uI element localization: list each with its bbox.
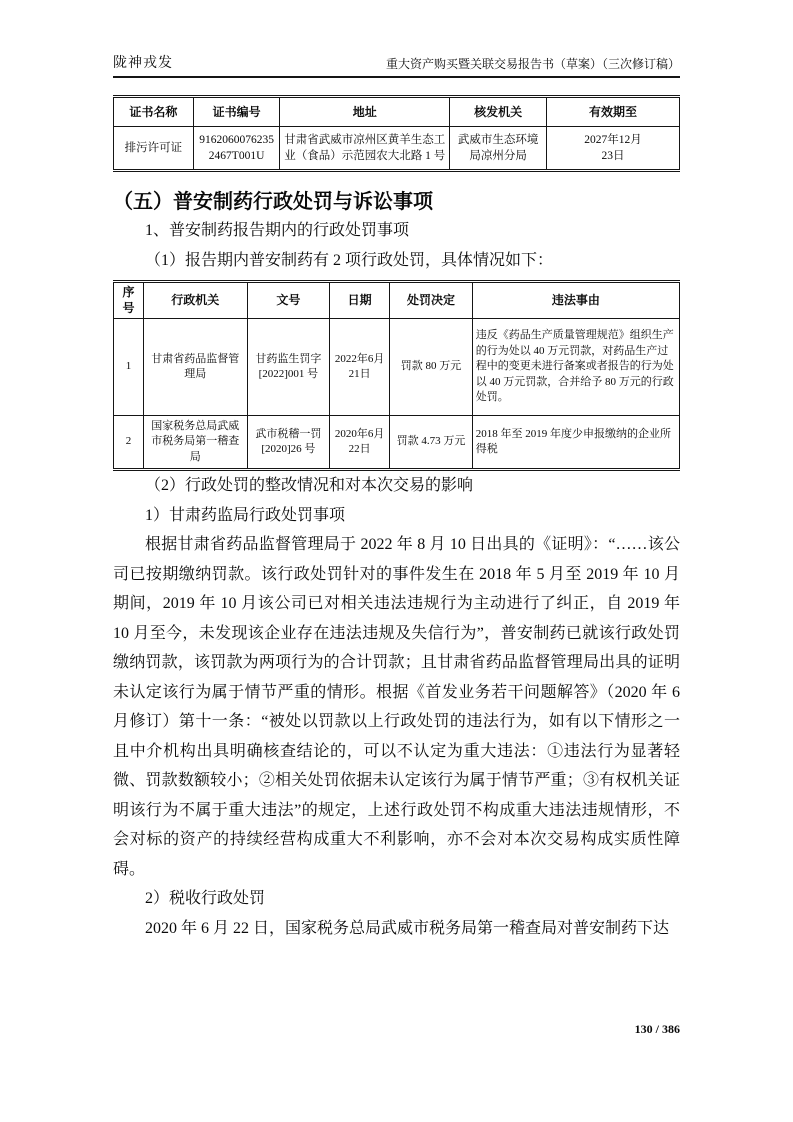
doc-no-cell: 武市税稽一罚 [2020]26 号 [247, 416, 330, 470]
penalty-row-1: 1 甘肃省药品监督管理局 甘药监生罚字 [2022]001 号 2022年6月 … [114, 319, 680, 416]
col-authority-header: 行政机关 [143, 282, 247, 319]
reason-cell: 违反《药品生产质量管理规范》组织生产的行为处以 40 万元罚款，对药品生产过程中… [472, 319, 679, 416]
gansu-nmpa-subheading: 1）甘肃药监局行政处罚事项 [113, 501, 680, 531]
tax-penalty-subheading: 2）税收行政处罚 [113, 884, 680, 914]
penalty-intro: （1）报告期内普安制药有 2 项行政处罚，具体情况如下： [113, 246, 680, 276]
cert-validity-header: 有效期至 [546, 97, 679, 127]
page-header: 陇神戎发 重大资产购买暨关联交易报告书（草案）（三次修订稿） [113, 52, 680, 78]
certificate-row: 排污许可证 9162060076235 2467T001U 甘肃省武威市凉州区黄… [114, 127, 680, 171]
rectification-title: （2）行政处罚的整改情况和对本次交易的影响 [113, 471, 680, 501]
cert-address-header: 地址 [280, 97, 450, 127]
penalty-table-header-row: 序号 行政机关 文号 日期 处罚决定 违法事由 [114, 282, 680, 319]
decision-cell: 罚款 4.73 万元 [390, 416, 473, 470]
cert-authority-cell: 武威市生态环境局凉州分局 [450, 127, 547, 171]
cert-address-cell: 甘肃省武威市凉州区黄羊生态工业（食品）示范园农大北路 1 号 [280, 127, 450, 171]
authority-cell: 国家税务总局武威市税务局第一稽查局 [143, 416, 247, 470]
reason-cell: 2018 年至 2019 年度少申报缴纳的企业所得税 [472, 416, 679, 470]
authority-cell: 甘肃省药品监督管理局 [143, 319, 247, 416]
cert-authority-header: 核发机关 [450, 97, 547, 127]
cert-number-cell: 9162060076235 2467T001U [193, 127, 280, 171]
tax-penalty-paragraph: 2020 年 6 月 22 日，国家税务总局武威市税务局第一稽查局对普安制药下达 [113, 914, 680, 944]
cert-validity-cell: 2027年12月 23日 [546, 127, 679, 171]
col-docno-header: 文号 [247, 282, 330, 319]
cert-name-header: 证书名称 [114, 97, 194, 127]
col-decision-header: 处罚决定 [390, 282, 473, 319]
col-reason-header: 违法事由 [472, 282, 679, 319]
col-date-header: 日期 [330, 282, 390, 319]
decision-cell: 罚款 80 万元 [390, 319, 473, 416]
company-name: 陇神戎发 [113, 52, 173, 72]
document-title: 重大资产购买暨关联交易报告书（草案）（三次修订稿） [386, 55, 680, 72]
gansu-nmpa-paragraph: 根据甘肃省药品监督管理局于 2022 年 8 月 10 日出具的《证明》：“……… [113, 530, 680, 884]
page-number: 130 / 386 [635, 1022, 680, 1037]
document-page: 陇神戎发 重大资产购买暨关联交易报告书（草案）（三次修订稿） 证书名称 证书编号… [0, 0, 793, 1122]
cert-name-cell: 排污许可证 [114, 127, 194, 171]
date-cell: 2020年6月 22日 [330, 416, 390, 470]
penalty-table: 序号 行政机关 文号 日期 处罚决定 违法事由 1 甘肃省药品监督管理局 甘药监… [113, 280, 680, 471]
certificate-table: 证书名称 证书编号 地址 核发机关 有效期至 排污许可证 91620600762… [113, 95, 680, 172]
doc-no-cell: 甘药监生罚字 [2022]001 号 [247, 319, 330, 416]
col-no-header: 序号 [114, 282, 144, 319]
penalty-row-2: 2 国家税务总局武威市税务局第一稽查局 武市税稽一罚 [2020]26 号 20… [114, 416, 680, 470]
row-no-cell: 2 [114, 416, 144, 470]
row-no-cell: 1 [114, 319, 144, 416]
penalty-item-title: 1、普安制药报告期内的行政处罚事项 [113, 216, 680, 246]
cert-number-header: 证书编号 [193, 97, 280, 127]
section-heading: （五）普安制药行政处罚与诉讼事项 [113, 188, 680, 216]
certificate-table-header-row: 证书名称 证书编号 地址 核发机关 有效期至 [114, 97, 680, 127]
date-cell: 2022年6月 21日 [330, 319, 390, 416]
